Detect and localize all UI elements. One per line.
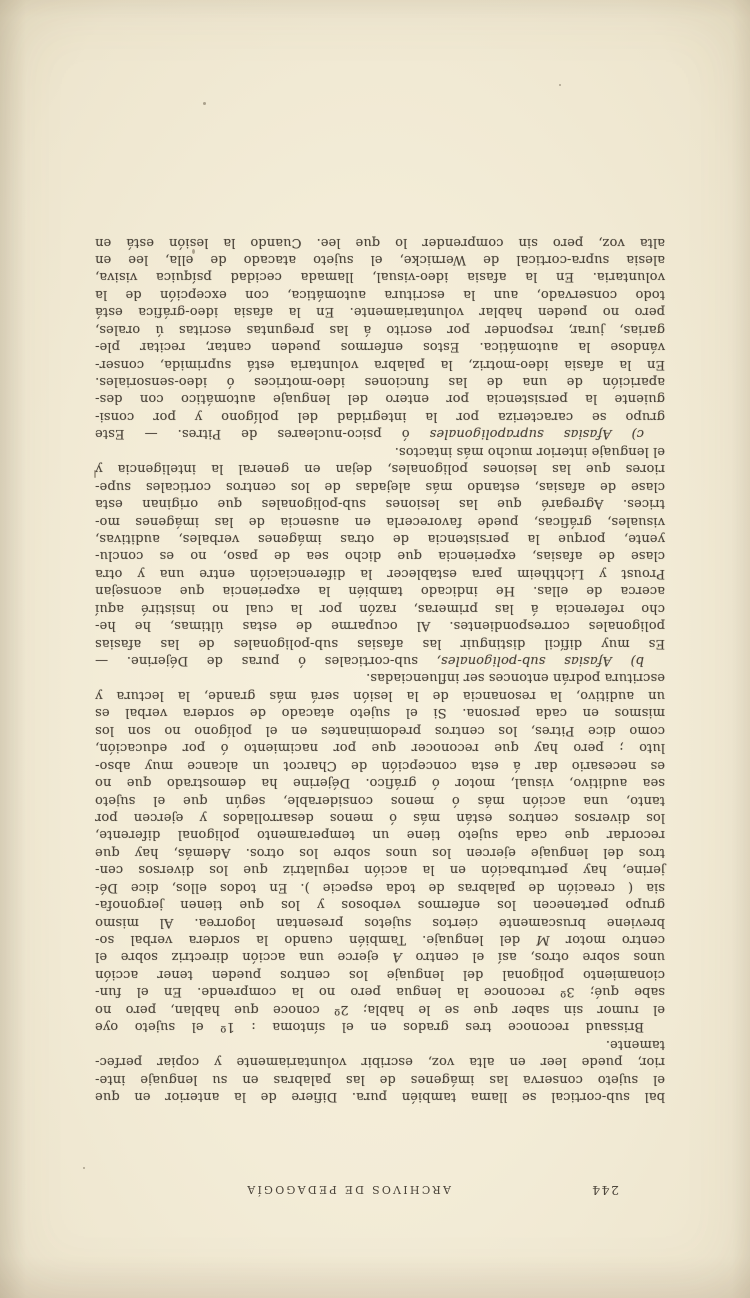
text-line: bal sub-cortical se llama también pura. …	[95, 1088, 665, 1105]
text-line: cionamiento poligonal del lenguaje los c…	[95, 966, 665, 983]
text-line: recordar que cada sujeto tiene un temper…	[95, 826, 665, 843]
text-line: sia ( creación de palabras de toda espec…	[95, 878, 665, 895]
page-header: 244 ARCHIVOS DE PEDAGOGÍA	[95, 1180, 665, 1198]
text-line: los diversos centros están más ó menos d…	[95, 809, 665, 826]
text-line: vándose la automática. Estos enfermos pu…	[95, 338, 665, 355]
text-line: grupo se caracteriza por la integridad d…	[95, 408, 665, 425]
journal-title: ARCHIVOS DE PEDAGOGÍA	[245, 1183, 451, 1196]
text-line: rior, puede leer en alta voz, escribir v…	[95, 1053, 665, 1070]
text-line: visuales, gráficas, puede favorecerla en…	[95, 512, 665, 529]
text-line: yente, porque la persistencia de otras i…	[95, 530, 665, 547]
text-line: tamente.	[95, 1035, 665, 1052]
text-line: el lenguaje interior mucho más intactos.	[95, 442, 665, 459]
text-line: En la afasia ideo-motriz, la palabra vol…	[95, 355, 665, 372]
text-line: como dice Pitres, los centros predominan…	[95, 721, 665, 738]
text-line: Es muy difícil distinguir las afasias su…	[95, 634, 665, 651]
body-text: bal sub-cortical se llama también pura. …	[95, 233, 665, 1105]
text-line: todo conservado, aun la escritura automá…	[95, 285, 665, 302]
text-line: riores que las lesiones poligonales, dej…	[95, 460, 665, 477]
text-line: tros del lenguaje ejercen los unos sobre…	[95, 843, 665, 860]
text-line: mismos en cada persona. Si el sujeto ata…	[95, 704, 665, 721]
page-number: 244	[591, 1183, 619, 1198]
text-line: unos sobre otros, así el centro A ejerce…	[95, 948, 665, 965]
text-line: Brissaud reconoce tres grados en el sínt…	[95, 1018, 665, 1035]
text-line: es necesario dar á esta concepción de Ch…	[95, 756, 665, 773]
text-line: alta voz, pero sin comprender lo que lee…	[95, 233, 665, 250]
text-line: luto ; pero hay que reconocer que por na…	[95, 739, 665, 756]
text-line: sabe qué; 3º reconoce la lengua pero no …	[95, 983, 665, 1000]
text-line: tanto, una acción más ó menos considerab…	[95, 791, 665, 808]
text-line: sea auditivo, visual, motor ó gráfico. D…	[95, 774, 665, 791]
text-line: jerine, hay perturbación en la acción re…	[95, 861, 665, 878]
text-line: un auditivo, la resonancia de la lesión …	[95, 687, 665, 704]
text-line: el rumor sin saber que se le habla; 2º c…	[95, 1000, 665, 1017]
text-line: clase de afasias, estando más alejadas d…	[95, 477, 665, 494]
text-line: b) Afasias sub-poligonales, sub-cortical…	[95, 652, 665, 669]
text-line: alesia supra-cortical de Wernicke, el su…	[95, 251, 665, 268]
text-line: aparición de una de las funciones ideo-m…	[95, 373, 665, 390]
text-line: voluntaria. En la afasia ideo-visual, ll…	[95, 268, 665, 285]
text-line: acerca de ellas. He indicado también la …	[95, 582, 665, 599]
scanned-page: 244 ARCHIVOS DE PEDAGOGÍA bal sub-cortic…	[0, 0, 750, 1298]
text-line: Proust y Lichtheim para establecer la di…	[95, 564, 665, 581]
text-line: poligonales correspondientes. Al ocuparm…	[95, 617, 665, 634]
text-line: guiente la persistencia por entero del l…	[95, 390, 665, 407]
text-line: escritura podrán entonces ser influencia…	[95, 669, 665, 686]
text-line: el sujeto conserva las imágenes de las p…	[95, 1070, 665, 1087]
text-line: pero no pueden hablar voluntariamente. E…	[95, 303, 665, 320]
text-line: breviene bruscamente ciertos sujetos pre…	[95, 913, 665, 930]
text-line: centro motor M del lenguaje. También cua…	[95, 931, 665, 948]
text-line: grupo pertenecen los enfermos verbosos y…	[95, 896, 665, 913]
text-line: clase de afasias, experiencia que dicho …	[95, 547, 665, 564]
text-line: garias, jurar, responder por escrito á l…	[95, 320, 665, 337]
text-line: trices. Agregaré que las lesiones sub-po…	[95, 495, 665, 512]
text-line: cho referencia á las primeras, razón por…	[95, 599, 665, 616]
text-line: c) Afasias suprapoligonales ó psico-nucl…	[95, 425, 665, 442]
